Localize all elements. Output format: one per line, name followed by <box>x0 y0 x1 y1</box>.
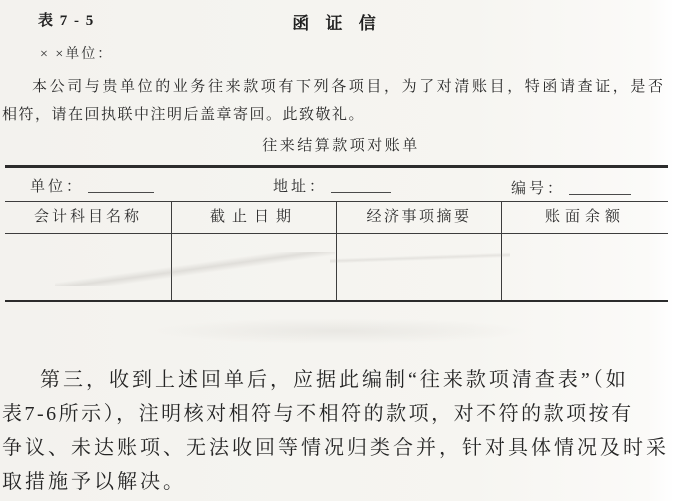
number-blank-line <box>569 181 631 195</box>
address-field-label: 地址： <box>273 179 327 195</box>
scan-smudge <box>150 318 530 344</box>
document-title: 函 证 信 <box>0 9 674 34</box>
statement-info-row: 单位： 地址： 编号： <box>5 168 668 202</box>
statement-caption: 往来结算款项对账单 <box>8 134 674 155</box>
table-empty-cell <box>337 234 502 300</box>
statement-grid: 会计科目名称 截止日期 经济事项摘要 账面余额 <box>5 202 668 300</box>
table-empty-cell <box>172 234 337 300</box>
intro-paragraph-line: 相符，请在回执联中注明后盖章寄回。此致敬礼。 <box>2 103 365 124</box>
closing-paragraph-line: 表7-6所示），注明核对相符与不相符的款项，对不符的款项按有 <box>2 397 634 426</box>
unit-blank-line <box>88 179 154 193</box>
closing-paragraph-line: 第三，收到上述回单后，应据此编制“往来款项清查表”（如 <box>2 363 629 392</box>
closing-paragraph-line: 争议、未达账项、无法收回等情况归类合并，针对具体情况及时采 <box>2 431 669 460</box>
unit-field: 单位： <box>30 175 154 196</box>
column-header-cutoff-date: 截止日期 <box>172 202 337 234</box>
table-empty-cell <box>5 234 172 300</box>
scanned-document-page: 表 7 - 5 函 证 信 × ×单位： 本公司与贵单位的业务往来款项有下列各项… <box>0 0 674 501</box>
number-field-label: 编号： <box>511 181 565 197</box>
unit-field-label: 单位： <box>30 179 84 195</box>
column-header-book-balance: 账面余额 <box>502 202 668 234</box>
address-field: 地址： <box>273 175 391 196</box>
closing-paragraph-line: 取措施予以解决。 <box>2 465 186 494</box>
column-header-account: 会计科目名称 <box>5 202 172 234</box>
statement-table: 单位： 地址： 编号： 会计科目名称 截止日期 经济事项摘要 账面余额 <box>5 165 668 302</box>
address-blank-line <box>331 179 391 193</box>
table-empty-cell <box>502 234 668 300</box>
intro-paragraph-line: 本公司与贵单位的业务往来款项有下列各项目，为了对清账目，特函请查证，是否 <box>2 75 666 96</box>
column-header-summary: 经济事项摘要 <box>337 202 502 234</box>
number-field: 编号： <box>511 177 631 198</box>
salutation-line: × ×单位： <box>40 43 113 63</box>
